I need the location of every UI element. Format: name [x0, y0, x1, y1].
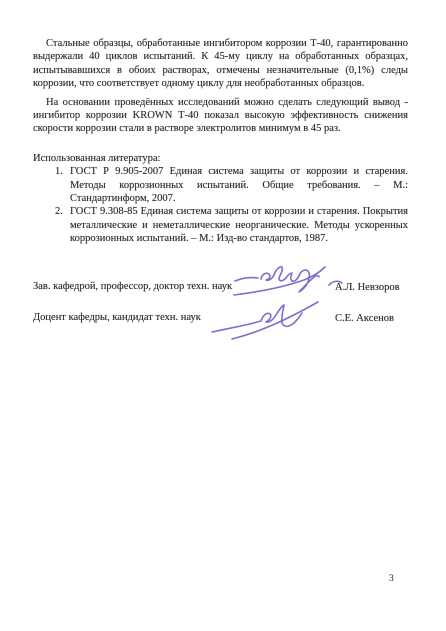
list-item-text: ГОСТ 9.308-85 Единая система защиты от к…	[70, 205, 408, 245]
list-item-marker: 2.	[55, 205, 70, 245]
paragraph-steel-samples: Стальные образцы, обработанные ингибитор…	[33, 37, 408, 91]
document-page: Стальные образцы, обработанные ингибитор…	[0, 0, 446, 631]
literature-list: 1. ГОСТ Р 9.905-2007 Единая система защи…	[55, 165, 408, 245]
handwritten-signature-aksenov	[208, 297, 326, 341]
literature-item: 2. ГОСТ 9.308-85 Единая система защиты о…	[55, 205, 408, 245]
literature-item: 1. ГОСТ Р 9.905-2007 Единая система защи…	[55, 165, 408, 205]
paragraph-conclusion: На основании проведённых исследований мо…	[33, 96, 408, 136]
signatory-title-associate-professor: Доцент кафедры, кандидат техн. наук	[33, 311, 201, 324]
document-body: Стальные образцы, обработанные ингибитор…	[33, 37, 408, 246]
page-number: 3	[389, 574, 394, 584]
list-item-marker: 1.	[55, 165, 70, 205]
list-item-text: ГОСТ Р 9.905-2007 Единая система защиты …	[70, 165, 408, 205]
signatory-name-nevzorov: А.Л. Невзоров	[335, 281, 400, 294]
signatory-title-head-of-department: Зав. кафедрой, профессор, доктор техн. н…	[33, 280, 232, 293]
signatory-name-aksenov: С.Е. Аксенов	[335, 312, 394, 325]
handwritten-signature-nevzorov	[228, 252, 344, 298]
literature-heading: Использованная литература:	[33, 152, 408, 165]
